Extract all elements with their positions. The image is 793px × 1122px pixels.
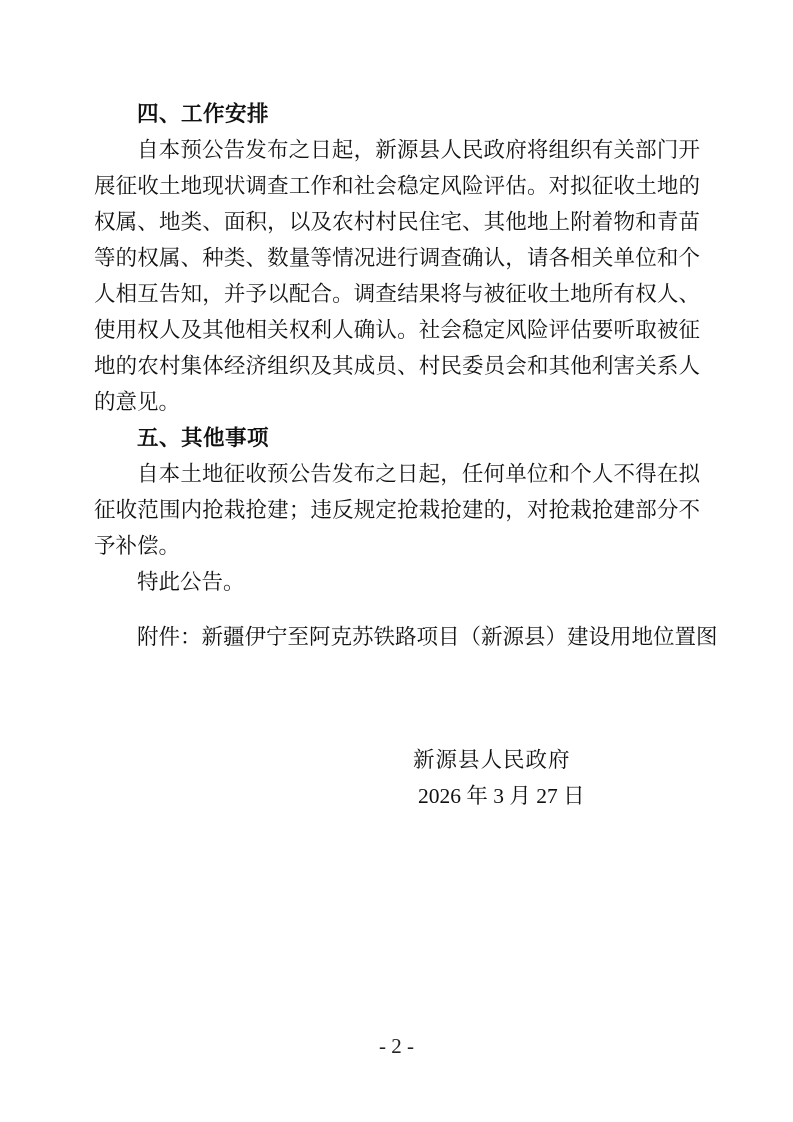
paragraph-work-arrangement: 自本预公告发布之日起，新源县人民政府将组织有关部门开展征收土地现状调查工作和社会… [94,132,700,420]
issuer-name: 新源县人民政府 [413,742,700,778]
attachment-line: 附件：新疆伊宁至阿克苏铁路项目（新源县）建设用地位置图 [94,619,700,655]
issue-date: 2026 年 3 月 27 日 [418,778,700,814]
paragraph-hereby-announced: 特此公告。 [94,564,700,600]
document-page: 四、工作安排 自本预公告发布之日起，新源县人民政府将组织有关部门开展征收土地现状… [0,0,793,1122]
signature-block: 新源县人民政府 2026 年 3 月 27 日 [94,742,700,814]
section-heading-other-matters: 五、其他事项 [94,420,700,456]
document-body: 四、工作安排 自本预公告发布之日起，新源县人民政府将组织有关部门开展征收土地现状… [94,96,700,814]
page-number: - 2 - [0,1034,793,1058]
section-heading-work-arrangement: 四、工作安排 [94,96,700,132]
paragraph-other-matters: 自本土地征收预公告发布之日起，任何单位和个人不得在拟征收范围内抢栽抢建；违反规定… [94,456,700,564]
